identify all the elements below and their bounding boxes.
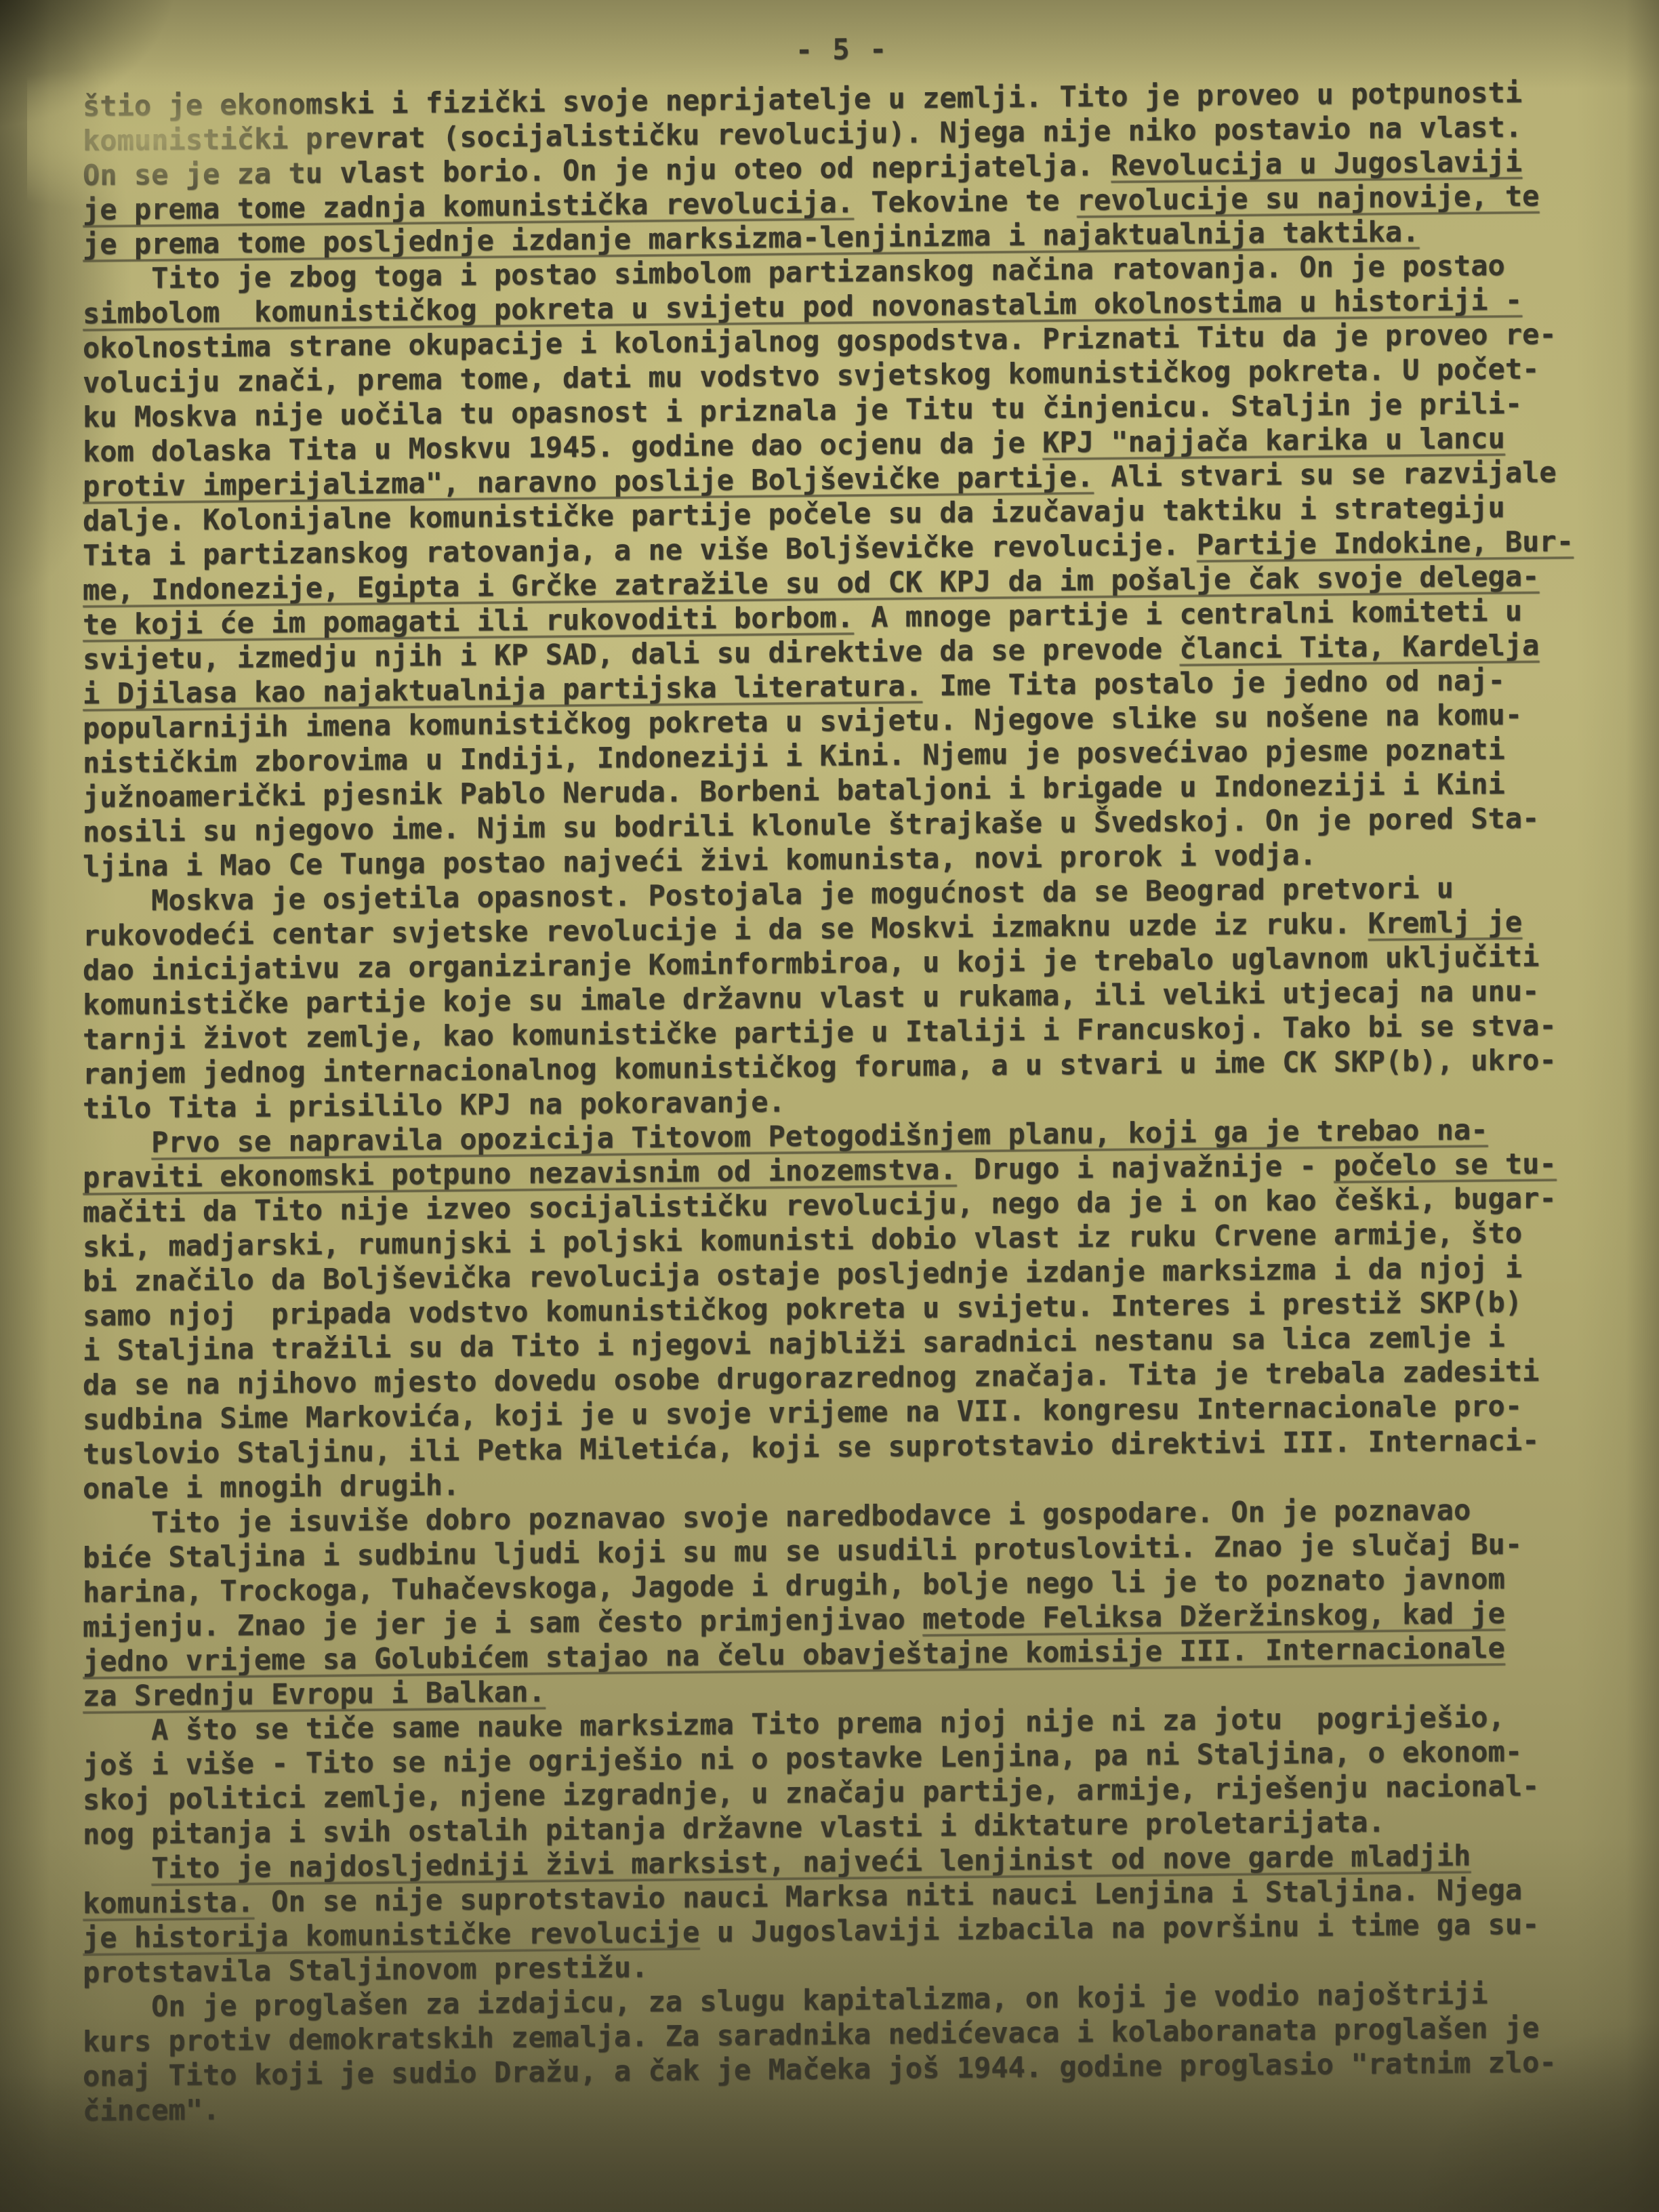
- underlined-text-run: počelo se tu-: [1334, 1147, 1557, 1182]
- paragraph-1: štio je ekonomski i fizički svoje neprij…: [83, 74, 1601, 262]
- text-run: dao inicijativu za organiziranje Kominfo…: [83, 939, 1557, 1125]
- text-run: Moskva je osjetila opasnost. Postojala j…: [83, 872, 1454, 952]
- paragraph-3: Moskva je osjetila opasnost. Postojala j…: [83, 869, 1601, 1126]
- text-run: mačiti da Tito nije izveo socijalističku…: [83, 1181, 1557, 1505]
- paragraph-8: On je proglašen za izdajicu, za slugu ka…: [83, 1975, 1601, 2128]
- paragraph-7: Tito je najdosljedniji živi marksist, na…: [83, 1837, 1601, 1990]
- paragraph-4: Prvo se napravila opozicija Titovom Peto…: [83, 1111, 1601, 1506]
- text-run: Drugo i najvažnije -: [957, 1149, 1334, 1185]
- paragraph-2: Tito je zbog toga i postao simbolom part…: [83, 247, 1601, 884]
- paragraph-5: Tito je isuviše dobro poznavao svoje nar…: [83, 1491, 1601, 1713]
- page-number: - 5 -: [83, 24, 1601, 74]
- underlined-text-run: je historija komunističke revolucije: [83, 1915, 699, 1954]
- paragraph-6: A što se tiče same nauke marksizma Tito …: [83, 1698, 1601, 1851]
- text-run: Tekovine te: [854, 184, 1077, 219]
- text-run: On je proglašen za izdajicu, za slugu ka…: [83, 1977, 1557, 2127]
- text-run: A što se tiče same nauke marksizma Tito …: [83, 1700, 1539, 1851]
- document-body: štio je ekonomski i fizički svoje neprij…: [83, 74, 1601, 2128]
- scanned-page: - 5 - štio je ekonomski i fizički svoje …: [0, 0, 1659, 2212]
- document-content: - 5 - štio je ekonomski i fizički svoje …: [83, 24, 1601, 2128]
- underlined-text-run: Kremlj je: [1368, 905, 1522, 940]
